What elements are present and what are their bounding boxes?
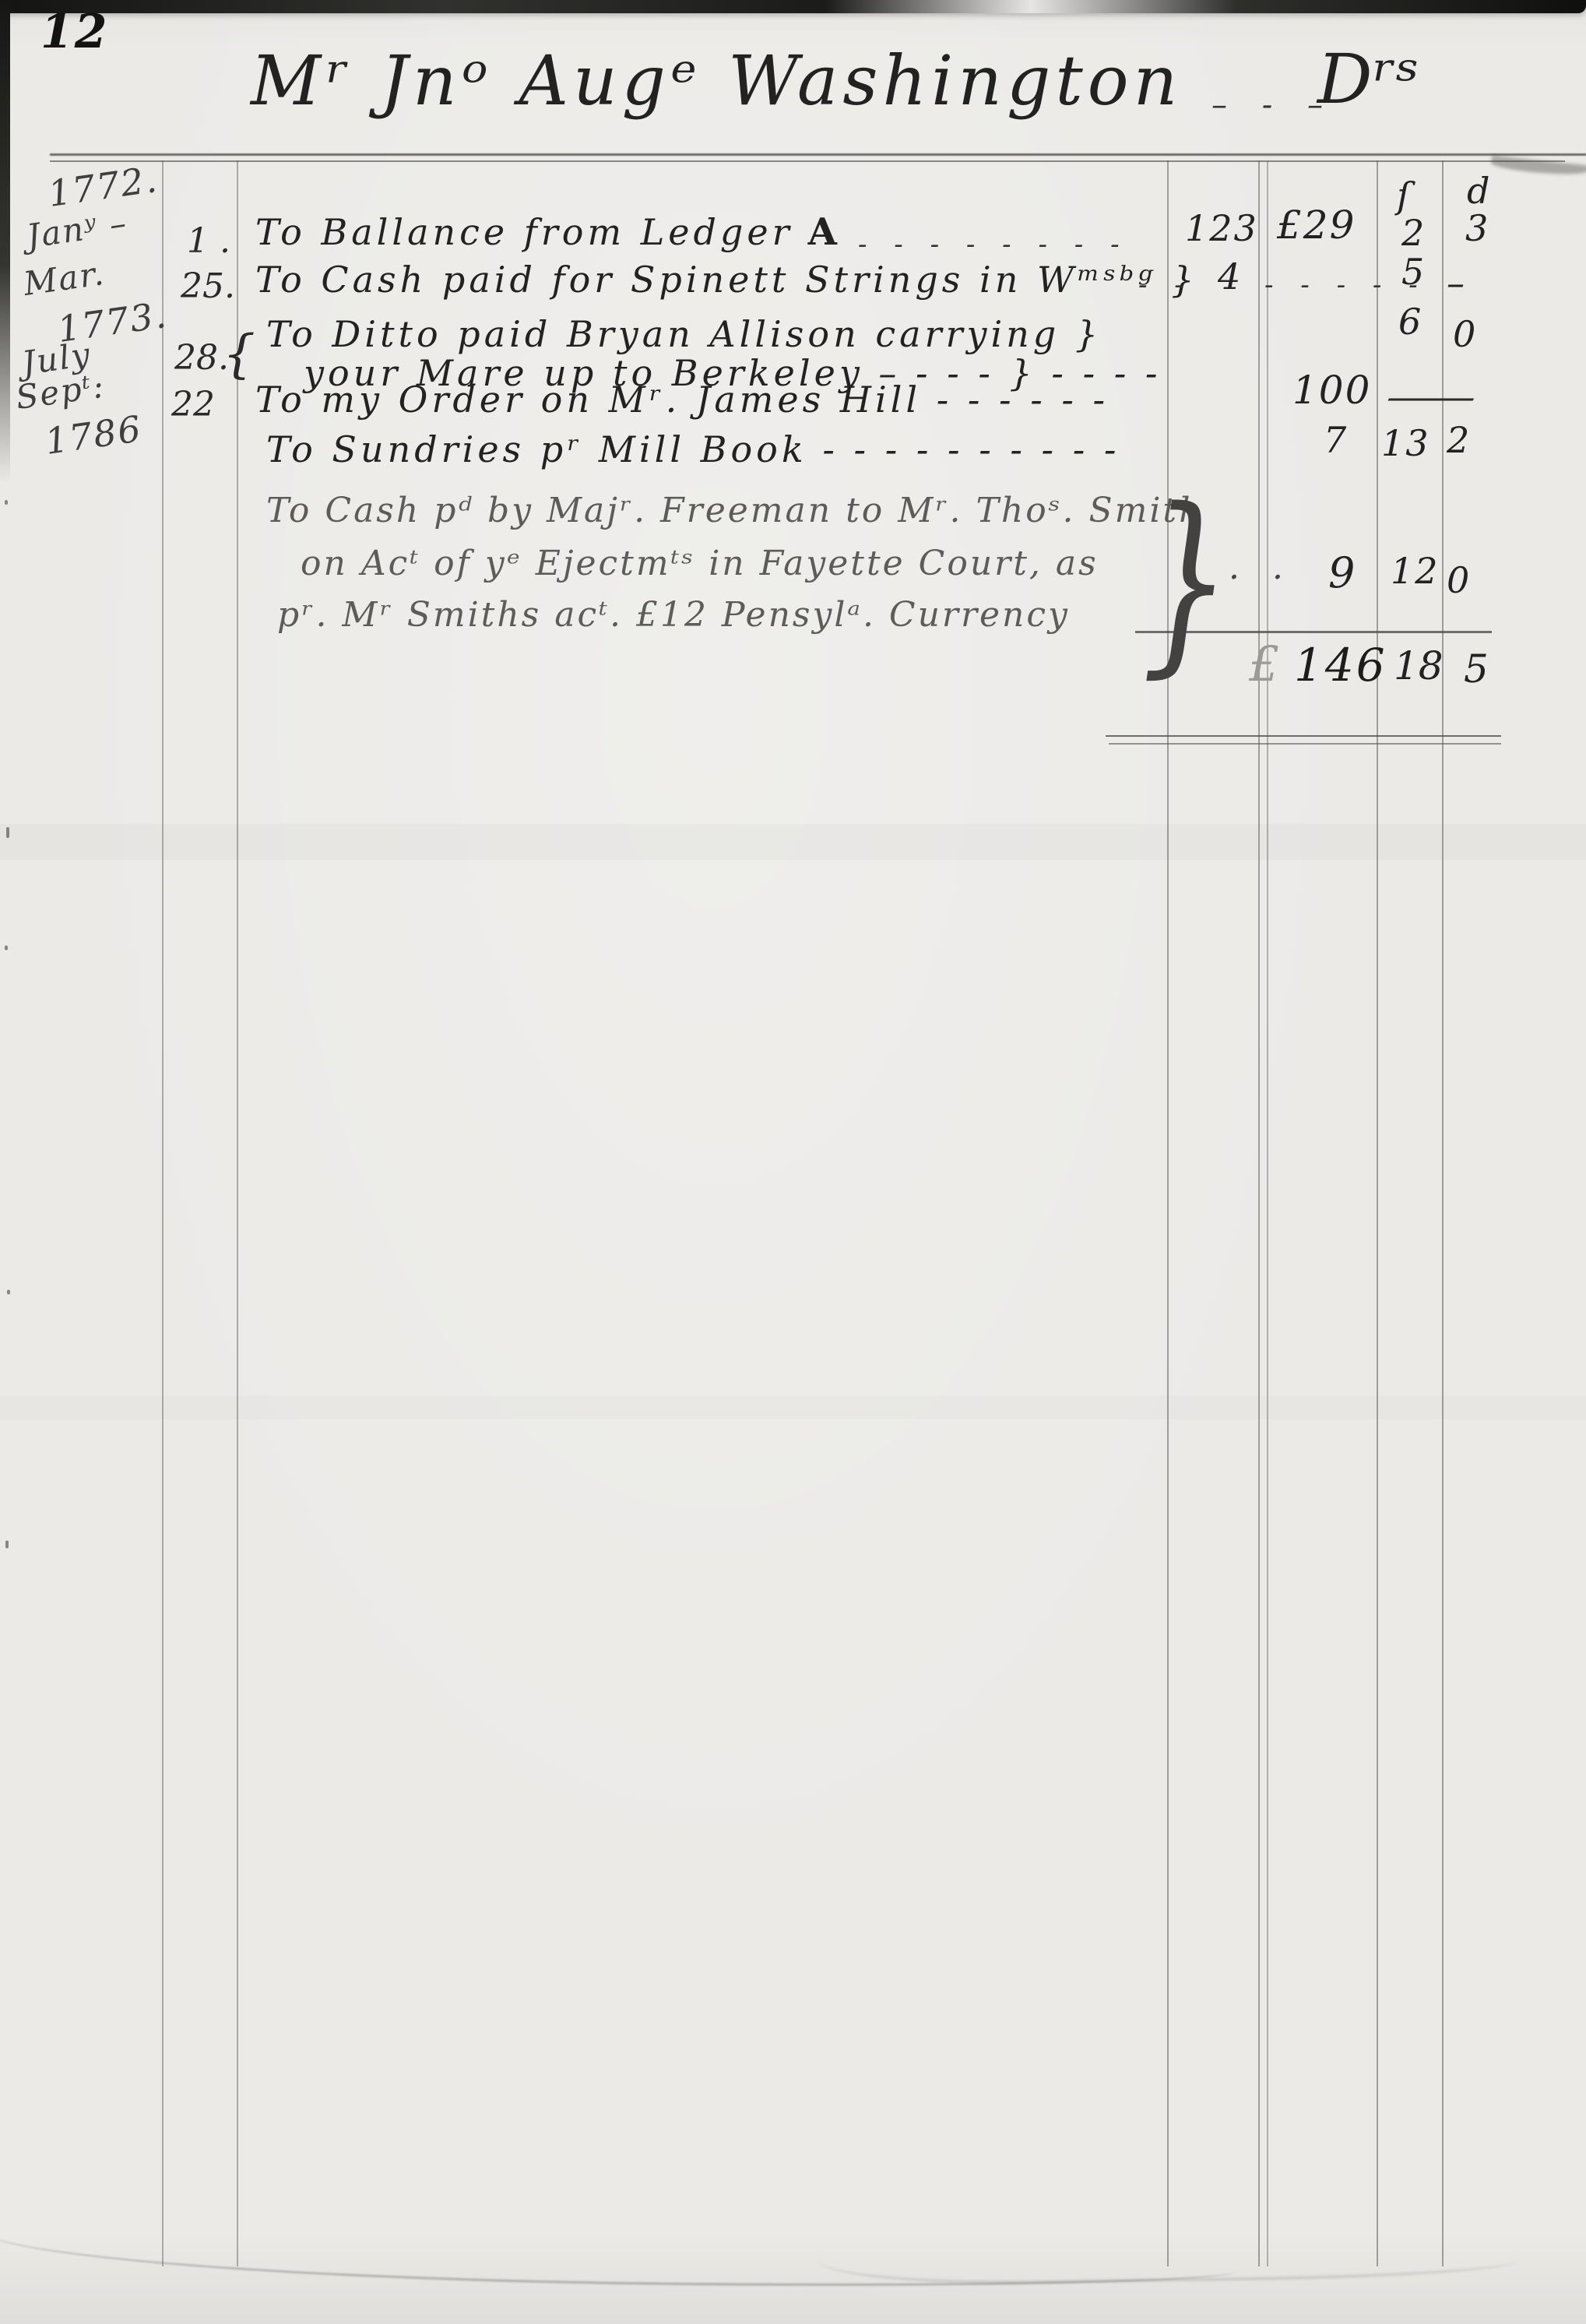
entry-shillings-dash: — (1384, 375, 1478, 417)
entry-pence: 0 (1453, 313, 1477, 355)
scan-speck (5, 500, 8, 505)
entry-description: To my Order on Mʳ. James Hill ‐ ‐ ‐ ‐ ‐ … (255, 379, 1109, 421)
entry-description: To Ballance from Ledger A (255, 210, 837, 254)
column-rule-pence (1442, 160, 1444, 2266)
entry-description: To Cash paid for Spinett Strings in Wᵐˢᵇ… (255, 259, 1198, 301)
entry-description: To Sundries pʳ Mill Book ‐ ‐ ‐ ‐ ‐ ‐ ‐ ‐… (266, 428, 1120, 470)
title-rule-bottom (50, 160, 1565, 162)
scan-speck (5, 945, 8, 950)
scan-speck (7, 1290, 10, 1294)
entry-dots: · · (1229, 558, 1294, 597)
debit-abbreviation: Dʳˢ (1317, 39, 1419, 119)
entry-day: 25. (181, 266, 235, 306)
title-rule-top (50, 153, 1586, 156)
total-rule-below-top (1106, 735, 1501, 737)
entry-month: Janʸ – (24, 203, 130, 255)
total-pence: 5 (1464, 646, 1489, 692)
entry-pence: 3 (1465, 207, 1489, 249)
column-rule-date (162, 160, 164, 2266)
entry-shillings: 5 (1401, 251, 1426, 293)
column-header-pence: d (1467, 170, 1489, 212)
entry-shillings: 12 (1391, 550, 1440, 592)
entry-brace: } (1141, 467, 1231, 695)
entry-pounds: 100 (1292, 368, 1371, 413)
entry-day: 28. (174, 338, 229, 378)
column-rule-shillings (1377, 160, 1378, 2266)
entry-year: 1786 (42, 407, 144, 463)
column-header-shillings: ſ (1397, 174, 1410, 217)
entry-day: 1 . (187, 221, 230, 261)
entry-description-line3: pʳ. Mʳ Smiths acᵗ. £12 Pensylᵃ. Currency (277, 595, 1070, 635)
entry-pounds: 7 (1324, 419, 1348, 461)
account-title: Mʳ Jnᵒ Augᵉ Washington (251, 40, 1182, 121)
entry-pounds: 9 (1328, 548, 1356, 597)
scan-top-edge (0, 0, 1586, 13)
entry-folio: 123 (1185, 207, 1258, 249)
total-pounds: 146 (1294, 639, 1387, 692)
entry-description-text: To Ballance from Ledger (255, 211, 793, 253)
entry-pence: 0 (1447, 559, 1471, 601)
entry-pounds: £29 (1277, 202, 1356, 248)
entry-shillings: 13 (1381, 422, 1430, 464)
scan-left-edge (0, 0, 10, 483)
column-rule-pounds-b (1267, 160, 1268, 2266)
day-brace: { (223, 324, 255, 384)
total-shillings: 18 (1394, 643, 1444, 688)
entry-description: To Ditto paid Bryan Allison carrying } (266, 313, 1102, 355)
leader-dashes: ‐ ‐ (1138, 269, 1193, 301)
entry-shillings: 2 (1401, 212, 1426, 254)
column-rule-pounds-a (1258, 160, 1260, 2266)
entry-pence: 2 (1447, 419, 1471, 461)
entry-pence: – (1447, 262, 1466, 304)
ledger-letter: A (808, 210, 837, 254)
entry-shillings: 6 (1398, 301, 1422, 343)
ledger-page: 12 Mʳ Jnᵒ Augᵉ Washington – ‐ – Dʳˢ ſ d … (0, 0, 1586, 2324)
entry-day: 22 (171, 385, 215, 424)
entry-description-line2: on Acᵗ of yᵉ Ejectmᵗˢ in Fayette Court, … (301, 544, 1099, 583)
entry-description: To Cash pᵈ by Majʳ. Freeman to Mʳ. Thoˢ.… (266, 491, 1203, 530)
entry-folio: 4 (1218, 255, 1242, 298)
scan-corner-smudge (1491, 156, 1586, 178)
total-currency: £ (1249, 636, 1279, 692)
page-number: 12 (40, 5, 109, 59)
leader-dashes: ‐ ‐ ‐ ‐ ‐ ‐ ‐ ‐ (858, 229, 1129, 260)
column-rule-day (237, 160, 238, 2266)
entry-month: Mar. (21, 254, 107, 303)
scan-speck (5, 1541, 9, 1548)
total-rule-above (1135, 631, 1492, 633)
total-rule-below-bottom (1109, 743, 1501, 745)
